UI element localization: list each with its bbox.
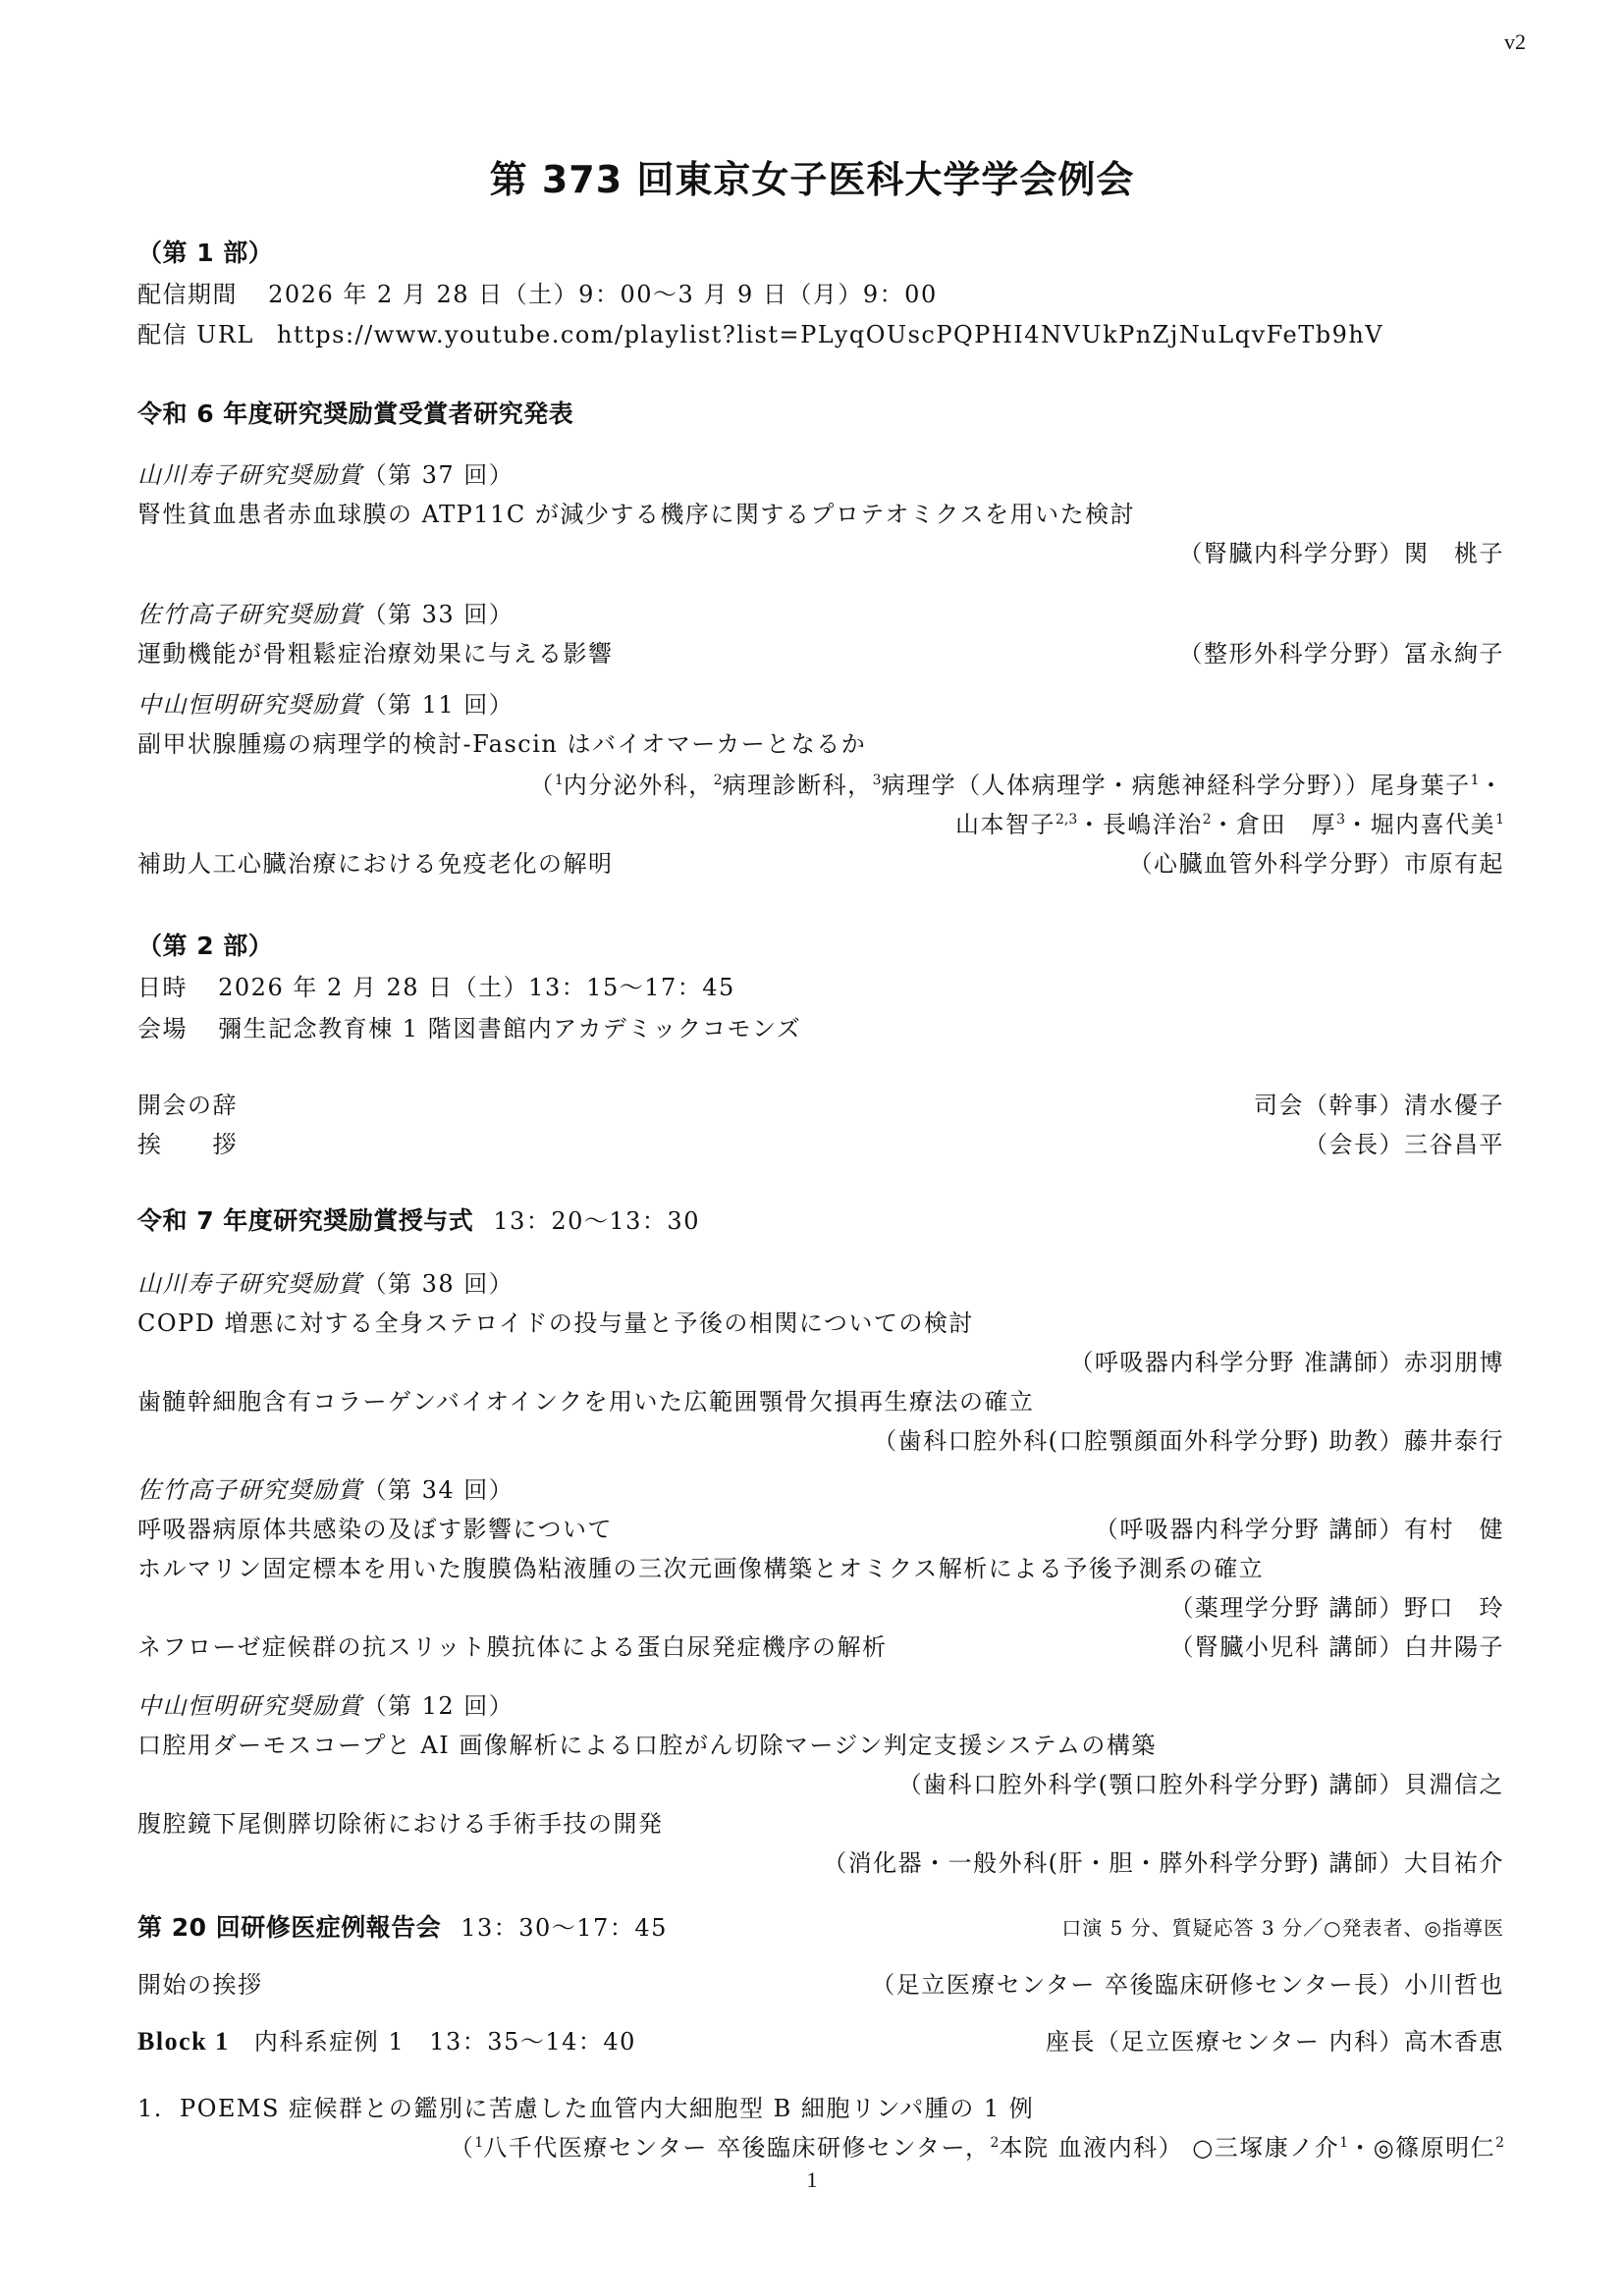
version-label: v2 <box>1504 29 1526 55</box>
talk-title: 呼吸器病原体共感染の及ぼす影響について <box>137 1512 613 1547</box>
talk-speaker: （腎臓小児科 講師）白井陽子 <box>1169 1629 1504 1665</box>
award-round: （第 34 回） <box>363 1476 514 1504</box>
award-name: 佐竹高子研究奨励賞 <box>137 1476 363 1504</box>
talk-title: ネフローゼ症候群の抗スリット膜抗体による蛋白尿発症機序の解析 <box>137 1629 888 1665</box>
part2-datetime: 日時 2026 年 2 月 28 日（土）13：15〜17：45 <box>137 970 1504 1005</box>
talk-title: ホルマリン固定標本を用いた腹膜偽粘液腫の三次元画像構築とオミクス解析による予後予… <box>137 1551 1504 1586</box>
part2-venue: 会場 彌生記念教育棟 1 階図書館内アカデミックコモンズ <box>137 1011 1504 1046</box>
block-desc: 内科系症例 1 <box>254 2028 405 2056</box>
opening-person: 司会（幹事）清水優子 <box>1254 1088 1504 1123</box>
talk-speaker: （整形外科学分野）冨永絢子 <box>1179 636 1505 671</box>
period-value: 2026 年 2 月 28 日（土）9：00〜3 月 9 日（月）9：00 <box>268 281 938 308</box>
talk-speaker: （歯科口腔外科学(顎口腔外科学分野) 講師）貝淵信之 <box>137 1767 1504 1802</box>
talk-title: 腎性貧血患者赤血球膜の ATP11C が減少する機序に関するプロテオミクスを用い… <box>137 497 1504 532</box>
talk-row: 運動機能が骨粗鬆症治療効果に与える影響 （整形外科学分野）冨永絢子 <box>137 636 1504 671</box>
award-heading: 佐竹高子研究奨励賞（第 34 回） <box>137 1472 1504 1508</box>
greeting-person: （会長）三谷昌平 <box>1304 1127 1504 1162</box>
case-opening-label: 開始の挨拶 <box>137 1967 263 2002</box>
talk-speaker: （歯科口腔外科(口腔顎顔面外科学分野) 助教）藤井泰行 <box>137 1423 1504 1459</box>
talk-affiliations: （1内分泌外科，2病理診断科，3病理学（人体病理学・病態神経科学分野））尾身葉子… <box>137 768 1504 803</box>
url-link[interactable]: https://www.youtube.com/playlist?list=PL… <box>277 321 1383 348</box>
award-heading: 山川寿子研究奨励賞（第 37 回） <box>137 457 1504 493</box>
talk-speaker: （呼吸器内科学分野 講師）有村 健 <box>1095 1512 1504 1547</box>
talk-speaker: （心臓血管外科学分野）市原有起 <box>1129 846 1505 881</box>
talk-row: 呼吸器病原体共感染の及ぼす影響について （呼吸器内科学分野 講師）有村 健 <box>137 1512 1504 1547</box>
talk-speaker: （呼吸器内科学分野 准講師）赤羽朋博 <box>137 1345 1504 1380</box>
part1-heading: （第 1 部） <box>137 236 1504 271</box>
period-label: 配信期間 <box>137 281 238 308</box>
award-heading: 中山恒明研究奨励賞（第 11 回） <box>137 687 1504 722</box>
page-number: 1 <box>0 2167 1624 2193</box>
award-name: 中山恒明研究奨励賞 <box>137 1692 363 1720</box>
part1-url: 配信 URL https://www.youtube.com/playlist?… <box>137 317 1504 352</box>
award-heading: 中山恒明研究奨励賞（第 12 回） <box>137 1688 1504 1724</box>
case-opening-row: 開始の挨拶 （足立医療センター 卒後臨床研修センター長）小川哲也 <box>137 1967 1504 2002</box>
talk-title: COPD 増悪に対する全身ステロイドの投与量と予後の相関についての検討 <box>137 1306 1504 1341</box>
case-title: POEMS 症候群との鑑別に苦慮した血管内大細胞型 B 細胞リンパ腫の 1 例 <box>180 2095 1034 2122</box>
case-report-time: 13：30〜17：45 <box>460 1914 668 1942</box>
venue-value: 彌生記念教育棟 1 階図書館内アカデミックコモンズ <box>218 1015 801 1042</box>
award-name: 山川寿子研究奨励賞 <box>137 461 363 489</box>
document-page: v2 第 373 回東京女子医科大学学会例会 （第 1 部） 配信期間 2026… <box>0 0 1624 2296</box>
block-label: Block 1 <box>137 2027 230 2056</box>
award-round: （第 37 回） <box>363 461 514 489</box>
section-title-fy6: 令和 6 年度研究奨励賞受賞者研究発表 <box>137 397 1504 432</box>
talk-speaker: （薬理学分野 講師）野口 玲 <box>137 1590 1504 1626</box>
datetime-value: 2026 年 2 月 28 日（土）13：15〜17：45 <box>218 974 735 1001</box>
opening-label: 開会の辞 <box>137 1088 238 1123</box>
award-round: （第 11 回） <box>363 691 514 719</box>
greeting-row: 挨 拶 （会長）三谷昌平 <box>137 1127 1504 1162</box>
venue-label: 会場 <box>137 1015 188 1042</box>
ceremony-time: 13：20〜13：30 <box>493 1207 700 1235</box>
talk-title: 歯髄幹細胞含有コラーゲンバイオインクを用いた広範囲顎骨欠損再生療法の確立 <box>137 1384 1504 1419</box>
talk-title: 補助人工心臓治療における免疫老化の解明 <box>137 846 614 881</box>
case-title-row: 1. POEMS 症候群との鑑別に苦慮した血管内大細胞型 B 細胞リンパ腫の 1… <box>137 2091 1504 2126</box>
case-report-title: 第 20 回研修医症例報告会 <box>137 1913 441 1942</box>
case-opening-person: （足立医療センター 卒後臨床研修センター長）小川哲也 <box>871 1967 1504 2002</box>
talk-speaker: （腎臓内科学分野）関 桃子 <box>137 536 1504 571</box>
talk-title: 運動機能が骨粗鬆症治療効果に与える影響 <box>137 636 614 671</box>
block-row: Block 1 内科系症例 1 13：35〜14：40 座長（足立医療センター … <box>137 2024 1504 2059</box>
case-report-heading: 第 20 回研修医症例報告会13：30〜17：45 口演 5 分、質疑応答 3 … <box>137 1910 1504 1946</box>
talk-authors: 山本智子2,3・長嶋洋治2・倉田 厚3・堀内喜代美1 <box>137 807 1504 842</box>
block-chair: 座長（足立医療センター 内科）高木香恵 <box>1046 2024 1504 2059</box>
award-heading: 佐竹高子研究奨励賞（第 33 回） <box>137 597 1504 632</box>
award-name: 佐竹高子研究奨励賞 <box>137 601 363 628</box>
award-round: （第 38 回） <box>363 1270 514 1298</box>
datetime-label: 日時 <box>137 974 188 1001</box>
part1-period: 配信期間 2026 年 2 月 28 日（土）9：00〜3 月 9 日（月）9：… <box>137 277 1504 312</box>
case-presenter: ○三塚康ノ介 <box>1192 2134 1339 2162</box>
award-name: 中山恒明研究奨励賞 <box>137 691 363 719</box>
talk-row: ネフローゼ症候群の抗スリット膜抗体による蛋白尿発症機序の解析 （腎臓小児科 講師… <box>137 1629 1504 1665</box>
part2-heading: （第 2 部） <box>137 929 1504 964</box>
talk-title: 副甲状腺腫瘍の病理学的検討-Fascin はバイオマーカーとなるか <box>137 726 1504 762</box>
talk-speaker: （消化器・一般外科(肝・胆・膵外科学分野) 講師）大目祐介 <box>137 1845 1504 1881</box>
award-round: （第 12 回） <box>363 1692 514 1720</box>
case-number: 1. <box>137 2095 163 2122</box>
case-report-note: 口演 5 分、質疑応答 3 分／○発表者、◎指導医 <box>1061 1910 1504 1946</box>
award-round: （第 33 回） <box>363 601 514 628</box>
award-heading: 山川寿子研究奨励賞（第 38 回） <box>137 1266 1504 1302</box>
ceremony-title: 令和 7 年度研究奨励賞授与式 <box>137 1206 473 1235</box>
greeting-label: 挨 拶 <box>137 1127 238 1162</box>
page-title: 第 373 回東京女子医科大学学会例会 <box>0 149 1624 203</box>
award-name: 山川寿子研究奨励賞 <box>137 1270 363 1298</box>
talk-title: 口腔用ダーモスコープと AI 画像解析による口腔がん切除マージン判定支援システム… <box>137 1728 1504 1763</box>
case-authors: （1八千代医療センター 卒後臨床研修センター，2本院 血液内科） ○三塚康ノ介1… <box>137 2130 1504 2165</box>
talk-title: 腹腔鏡下尾側膵切除術における手術手技の開発 <box>137 1806 1504 1842</box>
opening-row: 開会の辞 司会（幹事）清水優子 <box>137 1088 1504 1123</box>
case-advisor: ◎篠原明仁 <box>1374 2134 1495 2162</box>
ceremony-heading: 令和 7 年度研究奨励賞授与式13：20〜13：30 <box>137 1203 1504 1239</box>
block-time: 13：35〜14：40 <box>429 2028 636 2056</box>
talk-row: 補助人工心臓治療における免疫老化の解明 （心臓血管外科学分野）市原有起 <box>137 846 1504 881</box>
url-label: 配信 URL <box>137 321 254 348</box>
